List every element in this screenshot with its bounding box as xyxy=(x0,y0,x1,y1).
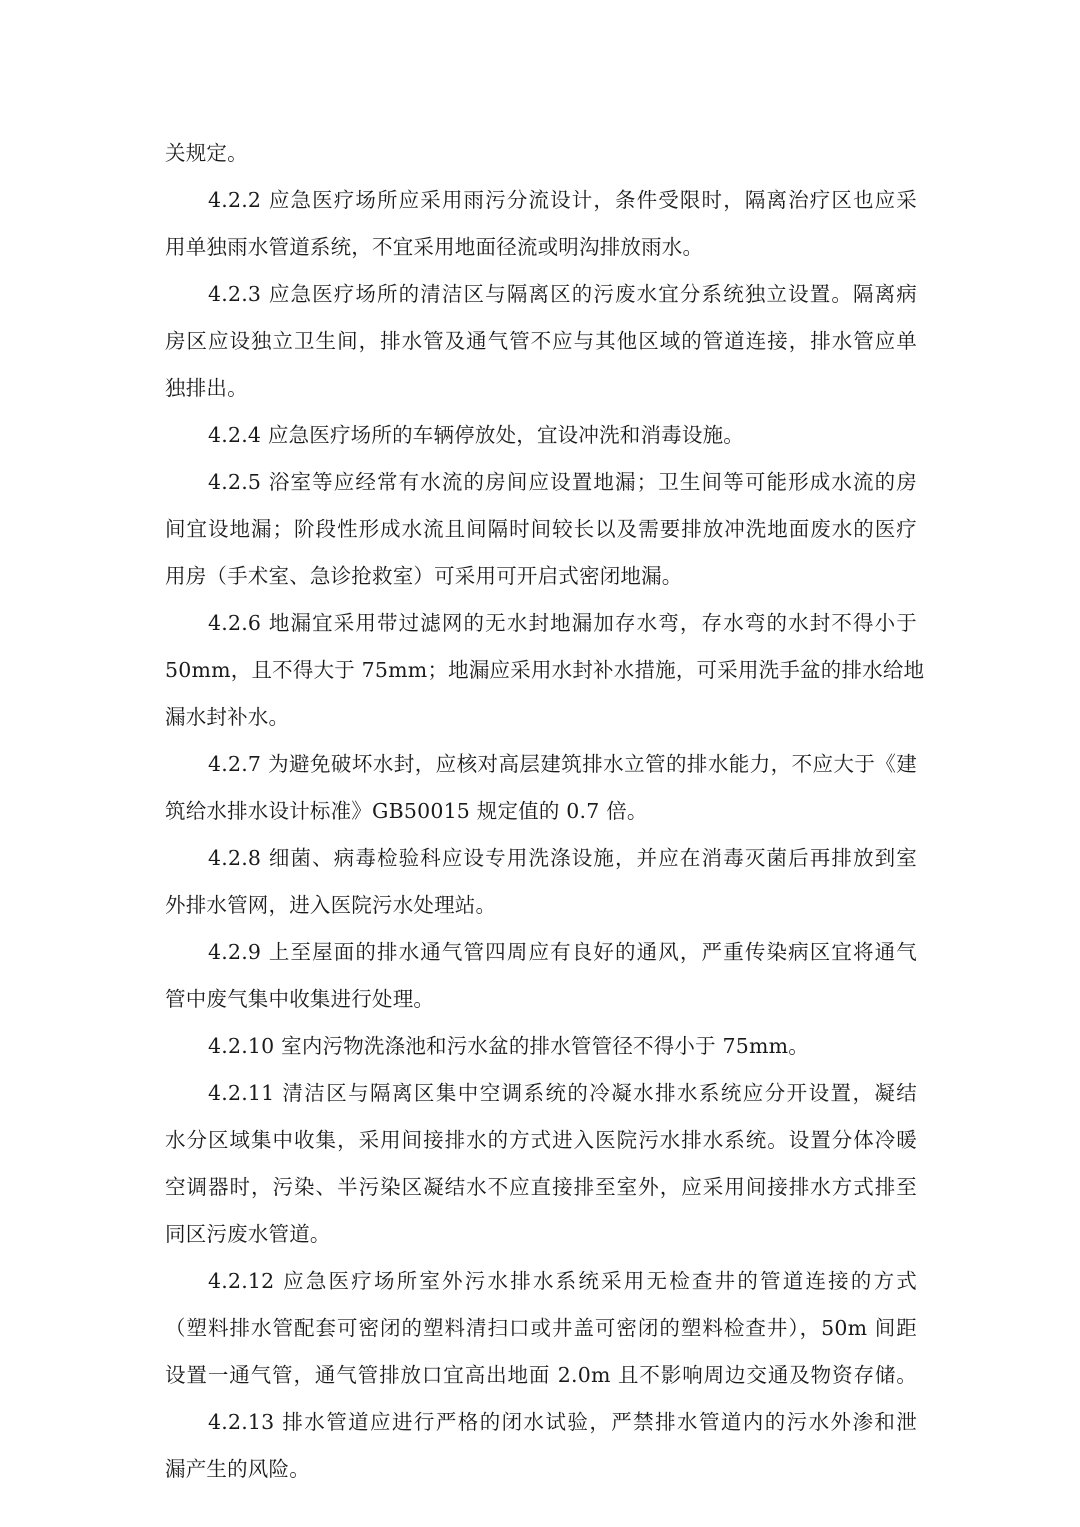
clause-4-2-5-line-3: 用房（手术室、急诊抢救室）可采用可开启式密闭地漏。 xyxy=(165,561,917,591)
clause-4-2-7-line-1: 4.2.7 为避免破坏水封，应核对高层建筑排水立管的排水能力，不应大于《建 xyxy=(208,749,917,779)
clause-4-2-3-line-1: 4.2.3 应急医疗场所的清洁区与隔离区的污废水宜分系统独立设置。隔离病 xyxy=(208,279,917,309)
clause-4-2-13-line-1: 4.2.13 排水管道应进行严格的闭水试验，严禁排水管道内的污水外渗和泄 xyxy=(208,1407,917,1437)
clause-4-2-8-line-2: 外排水管网，进入医院污水处理站。 xyxy=(165,890,917,920)
document-page: 关规定。 4.2.2 应急医疗场所应采用雨污分流设计，条件受限时，隔离治疗区也应… xyxy=(0,0,1080,1527)
clause-4-2-2-line-2: 用单独雨水管道系统，不宜采用地面径流或明沟排放雨水。 xyxy=(165,232,917,262)
clause-4-2-9-line-2: 管中废气集中收集进行处理。 xyxy=(165,984,917,1014)
clause-4-2-12-line-3: 设置一通气管，通气管排放口宜高出地面 2.0m 且不影响周边交通及物资存储。 xyxy=(165,1360,917,1390)
clause-4-2-11-line-3: 空调器时，污染、半污染区凝结水不应直接排至室外，应采用间接排水方式排至 xyxy=(165,1172,917,1202)
clause-4-2-5-line-1: 4.2.5 浴室等应经常有水流的房间应设置地漏；卫生间等可能形成水流的房 xyxy=(208,467,917,497)
clause-4-2-11-line-1: 4.2.11 清洁区与隔离区集中空调系统的冷凝水排水系统应分开设置，凝结 xyxy=(208,1078,917,1108)
clause-4-2-3-line-2: 房区应设独立卫生间，排水管及通气管不应与其他区域的管道连接，排水管应单 xyxy=(165,326,917,356)
clause-4-2-7-line-2: 筑给水排水设计标准》GB50015 规定值的 0.7 倍。 xyxy=(165,796,917,826)
clause-4-2-12-line-2: （塑料排水管配套可密闭的塑料清扫口或井盖可密闭的塑料检查井），50m 间距 xyxy=(165,1313,917,1343)
clause-4-2-9-line-1: 4.2.9 上至屋面的排水通气管四周应有良好的通风，严重传染病区宜将通气 xyxy=(208,937,917,967)
clause-4-2-11-line-4: 同区污废水管道。 xyxy=(165,1219,917,1249)
clause-4-2-6-line-3: 漏水封补水。 xyxy=(165,702,917,732)
clause-4-2-10-line-1: 4.2.10 室内污物洗涤池和污水盆的排水管管径不得小于 75mm。 xyxy=(208,1031,917,1061)
clause-4-2-6-line-1: 4.2.6 地漏宜采用带过滤网的无水封地漏加存水弯，存水弯的水封不得小于 xyxy=(208,608,917,638)
clause-4-2-13-line-2: 漏产生的风险。 xyxy=(165,1454,917,1484)
clause-4-2-2-line-1: 4.2.2 应急医疗场所应采用雨污分流设计，条件受限时，隔离治疗区也应采 xyxy=(208,185,917,215)
clause-4-2-8-line-1: 4.2.8 细菌、病毒检验科应设专用洗涤设施，并应在消毒灭菌后再排放到室 xyxy=(208,843,917,873)
clause-4-2-4-line-1: 4.2.4 应急医疗场所的车辆停放处，宜设冲洗和消毒设施。 xyxy=(208,420,917,450)
text-line-continuation: 关规定。 xyxy=(165,138,917,168)
clause-4-2-11-line-2: 水分区域集中收集，采用间接排水的方式进入医院污水排水系统。设置分体冷暖 xyxy=(165,1125,917,1155)
clause-4-2-12-line-1: 4.2.12 应急医疗场所室外污水排水系统采用无检查井的管道连接的方式 xyxy=(208,1266,917,1296)
clause-4-2-3-line-3: 独排出。 xyxy=(165,373,917,403)
clause-4-2-5-line-2: 间宜设地漏；阶段性形成水流且间隔时间较长以及需要排放冲洗地面废水的医疗 xyxy=(165,514,917,544)
clause-4-2-6-line-2: 50mm，且不得大于 75mm；地漏应采用水封补水措施，可采用洗手盆的排水给地 xyxy=(165,655,917,685)
